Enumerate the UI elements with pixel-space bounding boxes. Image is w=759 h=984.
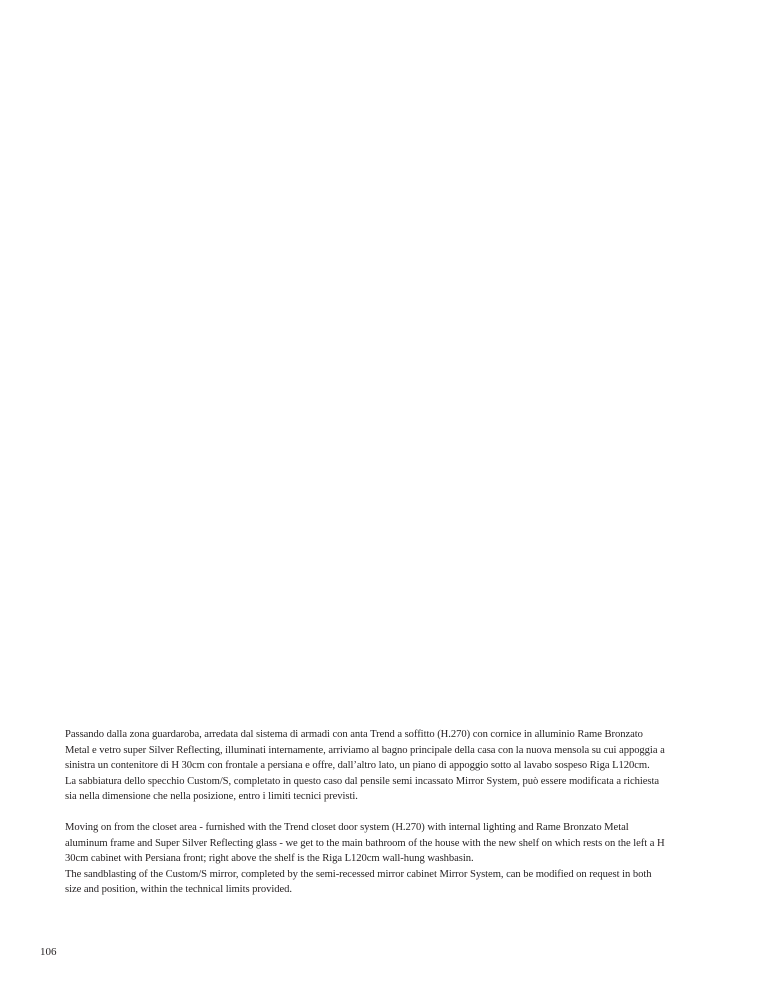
english-line: aluminum frame and Super Silver Reflecti… bbox=[65, 836, 715, 852]
english-paragraph: Moving on from the closet area - furnish… bbox=[65, 820, 715, 898]
italian-line: Metal e vetro super Silver Reflecting, i… bbox=[65, 743, 715, 759]
paragraph-spacer bbox=[65, 805, 715, 821]
page-number: 106 bbox=[40, 945, 57, 959]
english-line: The sandblasting of the Custom/S mirror,… bbox=[65, 867, 715, 883]
document-page: Passando dalla zona guardaroba, arredata… bbox=[0, 0, 759, 984]
italian-line: sia nella dimensione che nella posizione… bbox=[65, 789, 715, 805]
italian-line: La sabbiatura dello specchio Custom/S, c… bbox=[65, 774, 715, 790]
description-text-block: Passando dalla zona guardaroba, arredata… bbox=[65, 727, 715, 898]
italian-paragraph: Passando dalla zona guardaroba, arredata… bbox=[65, 727, 715, 805]
blank-image-area bbox=[0, 0, 759, 700]
english-line: Moving on from the closet area - furnish… bbox=[65, 820, 715, 836]
italian-line: sinistra un contenitore di H 30cm con fr… bbox=[65, 758, 715, 774]
english-line: 30cm cabinet with Persiana front; right … bbox=[65, 851, 715, 867]
english-line: size and position, within the technical … bbox=[65, 882, 715, 898]
italian-line: Passando dalla zona guardaroba, arredata… bbox=[65, 727, 715, 743]
